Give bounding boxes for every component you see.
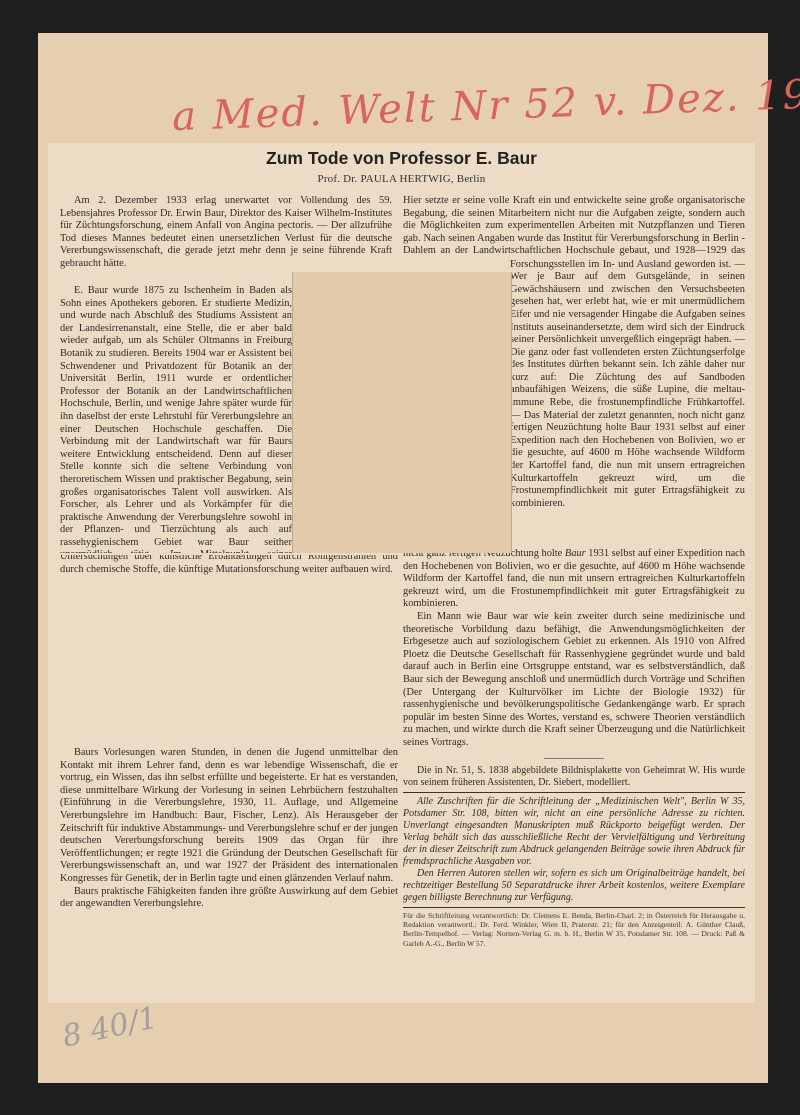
paragraph-continued: Hier setzte er seine volle Kraft ein und… bbox=[510, 258, 745, 510]
note-bildnisplakette: Die in Nr. 51, S. 1838 abgebildete Bildn… bbox=[403, 765, 745, 789]
imprint: Für die Schriftleitung verantwortlich: D… bbox=[403, 911, 745, 949]
paragraph: Ein Mann wie Baur war wie kein zweiter d… bbox=[403, 611, 745, 750]
paragraph: Baurs Vorlesungen waren Stunden, in dene… bbox=[60, 747, 398, 886]
article-byline: Prof. Dr. PAULA HERTWIG, Berlin bbox=[48, 173, 755, 185]
right-column-lower: nicht ganz fertigen Neuzüchtung holte Ba… bbox=[403, 548, 745, 948]
rule-divider bbox=[403, 907, 745, 908]
section-divider bbox=[544, 758, 604, 759]
clipped-image-cutout bbox=[292, 272, 512, 553]
paragraph: Am 2. Dezember 1933 erlag unerwartet vor… bbox=[60, 195, 398, 271]
editorial-notice: Alle Zuschriften für die Schriftleitung … bbox=[403, 796, 745, 868]
author-offprint-notice: Den Herren Autoren stellen wir, sofern e… bbox=[403, 868, 745, 904]
paragraph-tail: nicht ganz fertigen Neuzüchtung holte Ba… bbox=[403, 548, 745, 611]
paragraph-continued: E. Baur wurde 1875 zu Ischenheim in Bade… bbox=[60, 555, 398, 745]
left-column-lower: E. Baur wurde 1875 zu Ischenheim in Bade… bbox=[60, 555, 398, 911]
paragraph: E. Baur wurde 1875 zu Ischenheim in Bade… bbox=[60, 285, 292, 553]
right-column-narrow: Hier setzte er seine volle Kraft ein und… bbox=[510, 258, 745, 548]
rule-divider bbox=[403, 792, 745, 793]
paragraph: Baurs praktische Fähigkeiten fanden ihre… bbox=[60, 886, 398, 911]
right-column-top: Hier setzte er seine volle Kraft ein und… bbox=[403, 195, 745, 258]
left-column-narrow: E. Baur wurde 1875 zu Ischenheim in Bade… bbox=[60, 285, 292, 553]
newspaper-clipping: Zum Tode von Professor E. Baur Prof. Dr.… bbox=[48, 143, 755, 1003]
article-title: Zum Tode von Professor E. Baur bbox=[48, 148, 755, 169]
paragraph: Hier setzte er seine volle Kraft ein und… bbox=[403, 195, 745, 258]
